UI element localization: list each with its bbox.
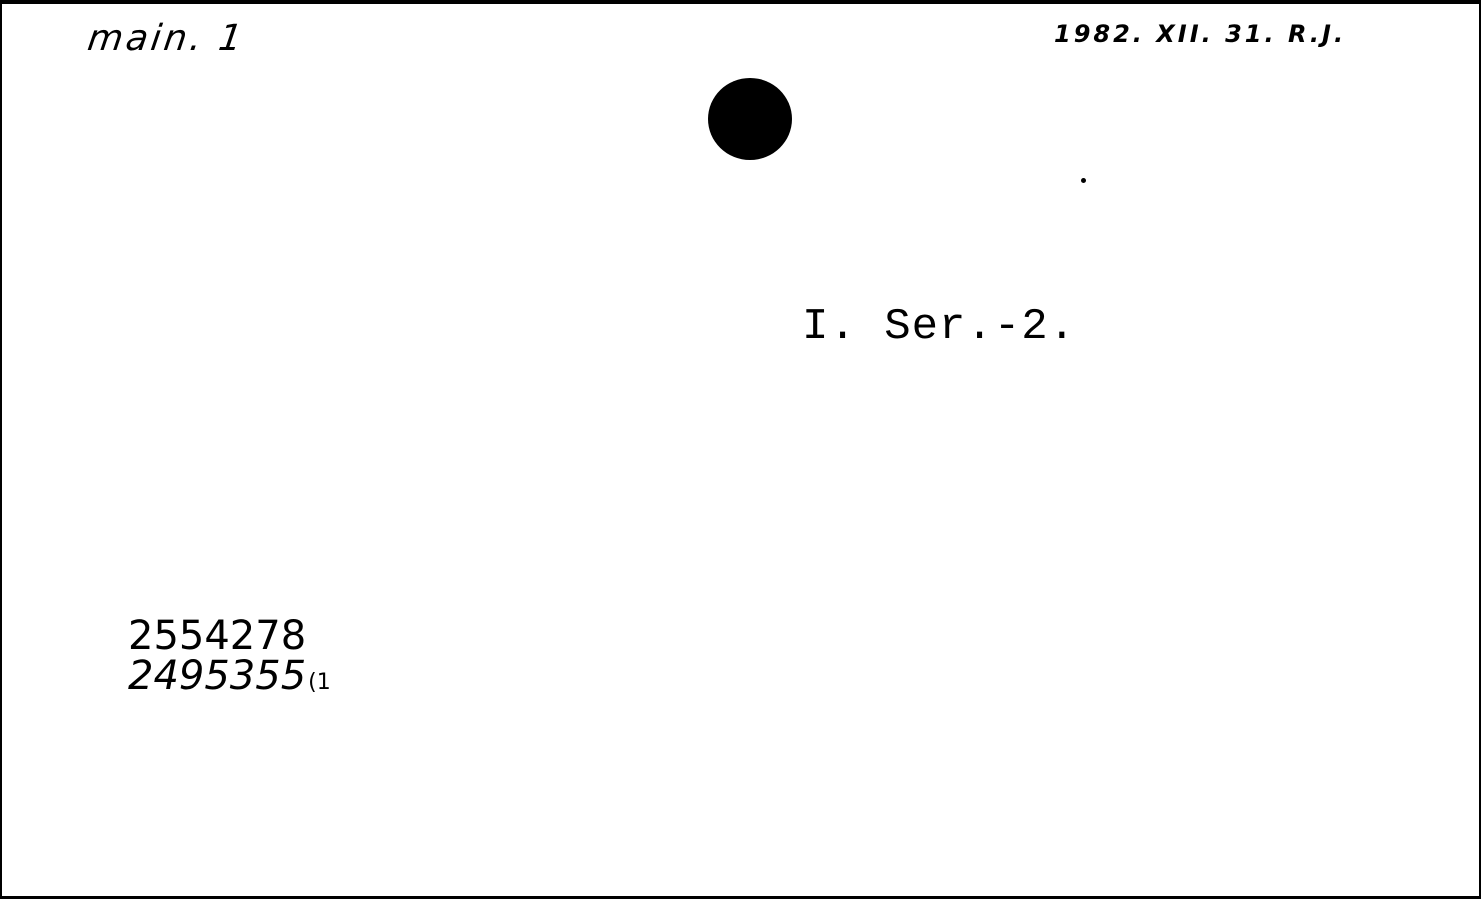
inventory-numbers: 2554278 2495355(1	[128, 616, 331, 703]
punch-hole-icon	[708, 78, 792, 160]
date-note-handwritten: 1982. XII. 31. R.J.	[1054, 20, 1346, 48]
inventory-number-second: 2495355	[128, 653, 306, 699]
inventory-number-suffix: (1	[308, 670, 331, 695]
inventory-number-second-row: 2495355(1	[128, 656, 331, 703]
shelfmark-handwritten: main. 1	[85, 18, 248, 59]
catalog-card: main. 1 1982. XII. 31. R.J. I. Ser.-2. 2…	[2, 4, 1479, 896]
ink-speck	[1081, 178, 1086, 183]
inventory-number-first: 2554278	[128, 616, 331, 656]
call-number: I. Ser.-2.	[802, 302, 1076, 352]
